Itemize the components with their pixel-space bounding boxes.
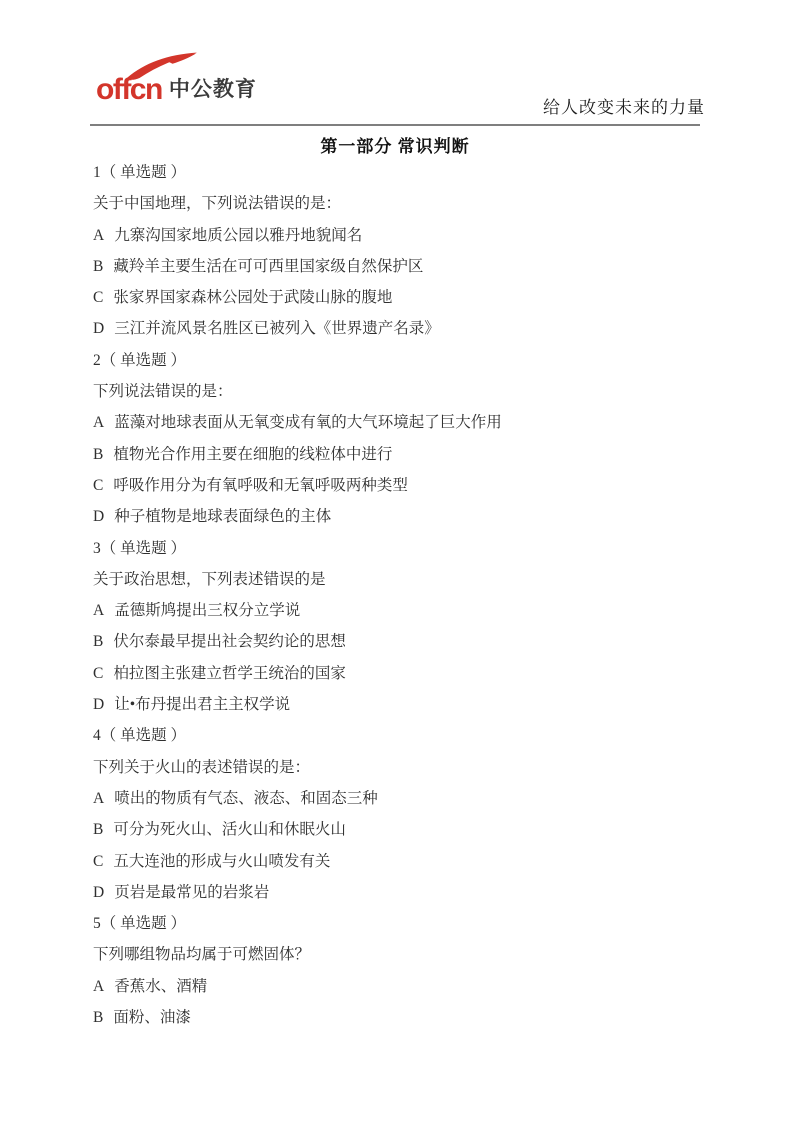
option-text: 面粉、油漆 <box>113 1009 191 1026</box>
question-block: 2（ 单选题 ） 下列说法错误的是： A蓝藻对地球表面从无氧变成有氧的大气环境起… <box>93 345 723 533</box>
question-option: A喷出的物质有气态、液态、和固态三种 <box>93 783 723 814</box>
option-letter: A <box>93 595 104 626</box>
option-letter: C <box>93 470 103 501</box>
option-text: 可分为死火山、活火山和休眠火山 <box>113 821 346 838</box>
question-type: （ 单选题 ） <box>101 915 186 932</box>
option-text: 香蕉水、酒精 <box>114 978 207 995</box>
logo-chinese-text: 中公教育 <box>169 79 257 100</box>
option-letter: C <box>93 282 103 313</box>
question-type: （ 单选题 ） <box>101 352 186 369</box>
option-letter: B <box>93 251 103 282</box>
logo-latin-text: offcn <box>96 75 162 105</box>
question-option: B伏尔泰最早提出社会契约论的思想 <box>93 626 723 657</box>
option-text: 植物光合作用主要在细胞的线粒体中进行 <box>113 446 392 463</box>
question-number: 5 <box>93 915 101 932</box>
question-option: A九寨沟国家地质公园以雅丹地貌闻名 <box>93 220 723 251</box>
option-text: 种子植物是地球表面绿色的主体 <box>114 508 331 525</box>
question-option: B面粉、油漆 <box>93 1002 723 1033</box>
section-title: 第一部分 常识判断 <box>90 132 700 157</box>
question-option: A蓝藻对地球表面从无氧变成有氧的大气环境起了巨大作用 <box>93 407 723 438</box>
tagline-text: 给人改变未来的力量 <box>543 93 705 118</box>
question-stem: 关于政治思想，下列表述错误的是 <box>93 564 723 595</box>
question-option: B藏羚羊主要生活在可可西里国家级自然保护区 <box>93 251 723 282</box>
question-block: 1（ 单选题 ） 关于中国地理，下列说法错误的是： A九寨沟国家地质公园以雅丹地… <box>93 157 723 345</box>
question-type: （ 单选题 ） <box>101 727 186 744</box>
header-divider-line <box>90 124 700 126</box>
question-number: 3 <box>93 540 101 557</box>
option-text: 让•布丹提出君主主权学说 <box>114 696 290 713</box>
option-text: 五大连池的形成与火山喷发有关 <box>113 853 330 870</box>
question-label: 2（ 单选题 ） <box>93 345 723 376</box>
question-number: 1 <box>93 164 101 181</box>
option-text: 张家界国家森林公园处于武陵山脉的腹地 <box>113 289 392 306</box>
option-letter: D <box>93 877 104 908</box>
option-letter: B <box>93 626 103 657</box>
option-letter: D <box>93 689 104 720</box>
question-option: A香蕉水、酒精 <box>93 971 723 1002</box>
question-stem: 下列说法错误的是： <box>93 376 723 407</box>
offcn-logo: offcn 中公教育 <box>96 56 257 102</box>
option-text: 藏羚羊主要生活在可可西里国家级自然保护区 <box>113 258 423 275</box>
question-label: 1（ 单选题 ） <box>93 157 723 188</box>
question-type: （ 单选题 ） <box>101 164 186 181</box>
question-option: B植物光合作用主要在细胞的线粒体中进行 <box>93 439 723 470</box>
question-label: 5（ 单选题 ） <box>93 908 723 939</box>
option-letter: C <box>93 658 103 689</box>
question-option: C柏拉图主张建立哲学王统治的国家 <box>93 658 723 689</box>
question-label: 4（ 单选题 ） <box>93 720 723 751</box>
question-list: 1（ 单选题 ） 关于中国地理，下列说法错误的是： A九寨沟国家地质公园以雅丹地… <box>93 157 723 1033</box>
question-stem: 下列哪组物品均属于可燃固体？ <box>93 939 723 970</box>
question-option: B可分为死火山、活火山和休眠火山 <box>93 814 723 845</box>
question-option: C张家界国家森林公园处于武陵山脉的腹地 <box>93 282 723 313</box>
option-letter: D <box>93 313 104 344</box>
question-option: C呼吸作用分为有氧呼吸和无氧呼吸两种类型 <box>93 470 723 501</box>
question-option: D三江并流风景名胜区已被列入《世界遗产名录》 <box>93 313 723 344</box>
question-stem: 关于中国地理，下列说法错误的是： <box>93 188 723 219</box>
option-letter: B <box>93 439 103 470</box>
question-option: D种子植物是地球表面绿色的主体 <box>93 501 723 532</box>
question-block: 3（ 单选题 ） 关于政治思想，下列表述错误的是 A孟德斯鸠提出三权分立学说 B… <box>93 533 723 721</box>
option-text: 三江并流风景名胜区已被列入《世界遗产名录》 <box>114 320 440 337</box>
option-text: 页岩是最常见的岩浆岩 <box>114 884 269 901</box>
option-text: 蓝藻对地球表面从无氧变成有氧的大气环境起了巨大作用 <box>114 414 502 431</box>
option-letter: D <box>93 501 104 532</box>
question-label: 3（ 单选题 ） <box>93 533 723 564</box>
question-number: 4 <box>93 727 101 744</box>
option-text: 九寨沟国家地质公园以雅丹地貌闻名 <box>114 227 362 244</box>
option-letter: A <box>93 783 104 814</box>
option-text: 伏尔泰最早提出社会契约论的思想 <box>113 633 346 650</box>
option-letter: A <box>93 971 104 1002</box>
option-letter: B <box>93 1002 103 1033</box>
question-stem: 下列关于火山的表述错误的是： <box>93 752 723 783</box>
question-option: C五大连池的形成与火山喷发有关 <box>93 846 723 877</box>
question-option: D让•布丹提出君主主权学说 <box>93 689 723 720</box>
question-option: A孟德斯鸠提出三权分立学说 <box>93 595 723 626</box>
option-letter: A <box>93 407 104 438</box>
document-page: offcn 中公教育 给人改变未来的力量 第一部分 常识判断 1（ 单选题 ） … <box>0 0 793 1122</box>
question-number: 2 <box>93 352 101 369</box>
option-text: 喷出的物质有气态、液态、和固态三种 <box>114 790 378 807</box>
option-text: 孟德斯鸠提出三权分立学说 <box>114 602 300 619</box>
question-block: 5（ 单选题 ） 下列哪组物品均属于可燃固体？ A香蕉水、酒精 B面粉、油漆 <box>93 908 723 1033</box>
question-option: D页岩是最常见的岩浆岩 <box>93 877 723 908</box>
question-type: （ 单选题 ） <box>101 540 186 557</box>
option-letter: B <box>93 814 103 845</box>
option-text: 柏拉图主张建立哲学王统治的国家 <box>113 665 346 682</box>
option-letter: A <box>93 220 104 251</box>
question-block: 4（ 单选题 ） 下列关于火山的表述错误的是： A喷出的物质有气态、液态、和固态… <box>93 720 723 908</box>
option-letter: C <box>93 846 103 877</box>
option-text: 呼吸作用分为有氧呼吸和无氧呼吸两种类型 <box>113 477 408 494</box>
